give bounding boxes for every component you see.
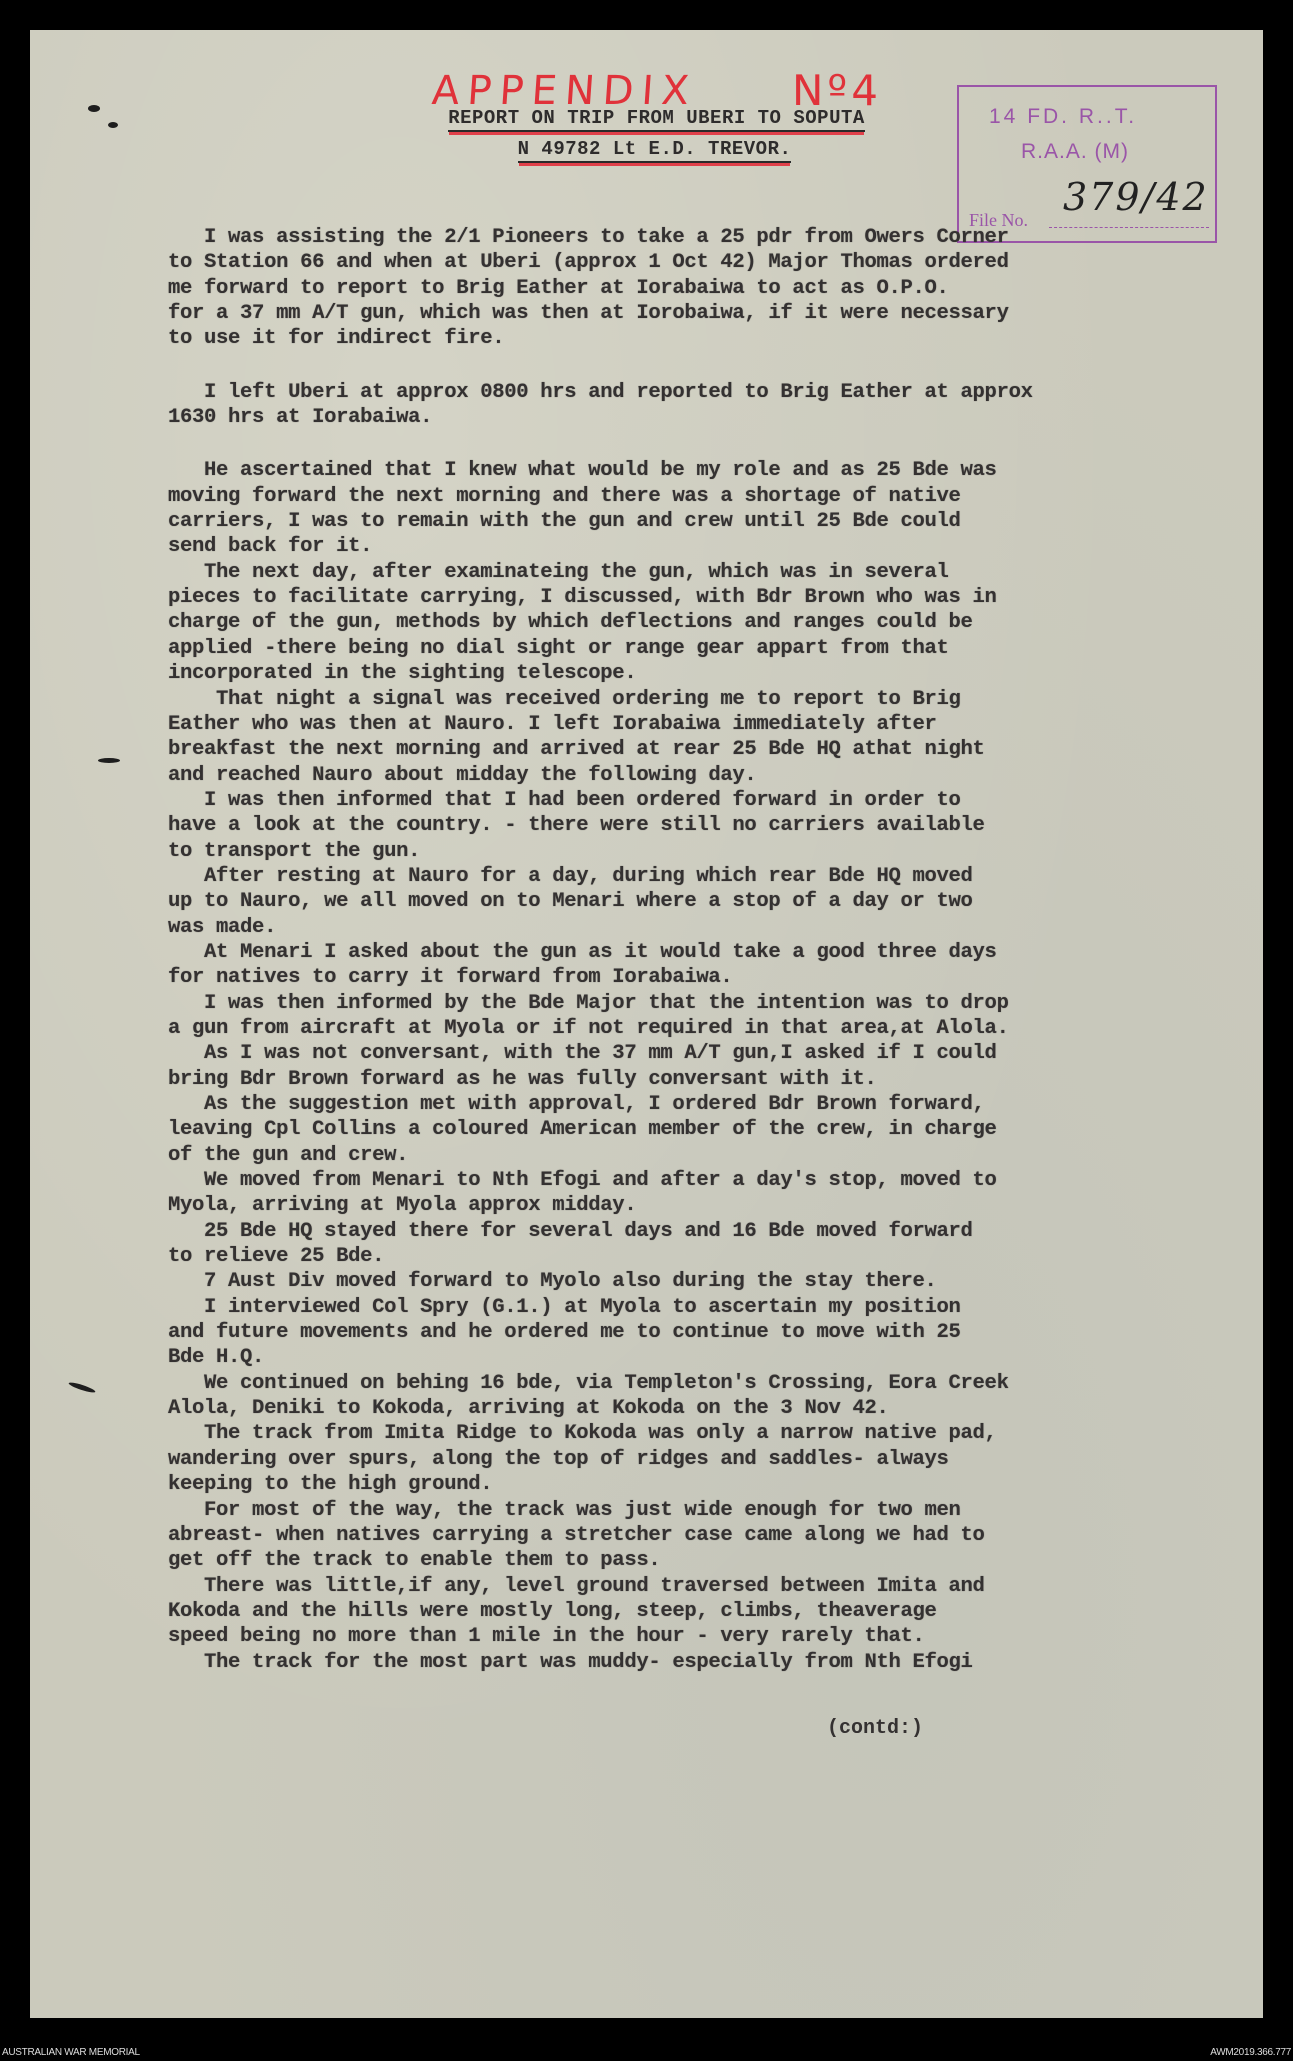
text-line: The track from Imita Ridge to Kokoda was… bbox=[168, 1421, 1268, 1446]
text-line: Myola, arriving at Myola approx midday. bbox=[168, 1193, 1268, 1218]
text-line: I was assisting the 2/1 Pioneers to take… bbox=[168, 225, 1268, 250]
text-line: pieces to facilitate carrying, I discuss… bbox=[168, 585, 1268, 610]
text-line: I interviewed Col Spry (G.1.) at Myola t… bbox=[168, 1295, 1268, 1320]
text-line: At Menari I asked about the gun as it wo… bbox=[168, 940, 1268, 965]
text-line: The next day, after examinateing the gun… bbox=[168, 560, 1268, 585]
text-line: breakfast the next morning and arrived a… bbox=[168, 737, 1268, 762]
paragraph-gap bbox=[168, 352, 1268, 380]
text-line: was made. bbox=[168, 915, 1268, 940]
text-line: to Station 66 and when at Uberi (approx … bbox=[168, 250, 1268, 275]
text-line: and reached Nauro about midday the follo… bbox=[168, 763, 1268, 788]
text-line: get off the track to enable them to pass… bbox=[168, 1548, 1268, 1573]
continued-marker: (contd:) bbox=[827, 1717, 923, 1740]
footer-accession-number: AWM2019.366.777 bbox=[1210, 2047, 1291, 2058]
text-line: We continued on behing 16 bde, via Templ… bbox=[168, 1371, 1268, 1396]
punch-mark bbox=[68, 1381, 96, 1394]
text-line: have a look at the country. - there were… bbox=[168, 813, 1268, 838]
text-line: As the suggestion met with approval, I o… bbox=[168, 1092, 1268, 1117]
report-title: REPORT ON TRIP FROM UBERI TO SOPUTA bbox=[40, 107, 1273, 129]
text-line: moving forward the next morning and ther… bbox=[168, 484, 1268, 509]
stamp-file-number: 379/42 bbox=[1063, 175, 1209, 219]
report-body: I was assisting the 2/1 Pioneers to take… bbox=[168, 225, 1268, 1675]
text-line: for a 37 mm A/T gun, which was then at I… bbox=[168, 301, 1268, 326]
text-line: Eather who was then at Nauro. I left Ior… bbox=[168, 712, 1268, 737]
text-line: 7 Aust Div moved forward to Myolo also d… bbox=[168, 1269, 1268, 1294]
text-line: 1630 hrs at Iorabaiwa. bbox=[168, 405, 1268, 430]
punch-mark bbox=[98, 758, 120, 763]
text-line: incorporated in the sighting telescope. bbox=[168, 661, 1268, 686]
text-line: I was then informed that I had been orde… bbox=[168, 788, 1268, 813]
text-line: me forward to report to Brig Eather at I… bbox=[168, 276, 1268, 301]
text-line: I was then informed by the Bde Major tha… bbox=[168, 991, 1268, 1016]
text-line: a gun from aircraft at Myola or if not r… bbox=[168, 1016, 1268, 1041]
text-line: of the gun and crew. bbox=[168, 1143, 1268, 1168]
text-line: That night a signal was received orderin… bbox=[168, 687, 1268, 712]
text-line: After resting at Nauro for a day, during… bbox=[168, 864, 1268, 889]
text-line: and future movements and he ordered me t… bbox=[168, 1320, 1268, 1345]
text-line: 25 Bde HQ stayed there for several days … bbox=[168, 1219, 1268, 1244]
text-line: Bde H.Q. bbox=[168, 1345, 1268, 1370]
text-line: to transport the gun. bbox=[168, 839, 1268, 864]
text-line: Kokoda and the hills were mostly long, s… bbox=[168, 1599, 1268, 1624]
text-line: As I was not conversant, with the 37 mm … bbox=[168, 1041, 1268, 1066]
text-line: We moved from Menari to Nth Efogi and af… bbox=[168, 1168, 1268, 1193]
text-line: send back for it. bbox=[168, 534, 1268, 559]
text-line: applied -there being no dial sight or ra… bbox=[168, 636, 1268, 661]
text-line: speed being no more than 1 mile in the h… bbox=[168, 1624, 1268, 1649]
text-line: charge of the gun, methods by which defl… bbox=[168, 610, 1268, 635]
text-line: The track for the most part was muddy- e… bbox=[168, 1650, 1268, 1675]
paragraph-gap bbox=[168, 430, 1268, 458]
text-line: keeping to the high ground. bbox=[168, 1472, 1268, 1497]
text-line: carriers, I was to remain with the gun a… bbox=[168, 509, 1268, 534]
text-line: to use it for indirect fire. bbox=[168, 326, 1268, 351]
report-author: N 49782 Lt E.D. TREVOR. bbox=[38, 138, 1271, 160]
text-line: For most of the way, the track was just … bbox=[168, 1498, 1268, 1523]
text-line: wandering over spurs, along the top of r… bbox=[168, 1447, 1268, 1472]
text-line: He ascertained that I knew what would be… bbox=[168, 458, 1268, 483]
footer-institution: AUSTRALIAN WAR MEMORIAL bbox=[2, 2047, 140, 2058]
text-line: bring Bdr Brown forward as he was fully … bbox=[168, 1067, 1268, 1092]
text-line: leaving Cpl Collins a coloured American … bbox=[168, 1117, 1268, 1142]
text-line: I left Uberi at approx 0800 hrs and repo… bbox=[168, 380, 1268, 405]
text-line: There was little,if any, level ground tr… bbox=[168, 1574, 1268, 1599]
text-line: abreast- when natives carrying a stretch… bbox=[168, 1523, 1268, 1548]
text-line: up to Nauro, we all moved on to Menari w… bbox=[168, 889, 1268, 914]
text-line: to relieve 25 Bde. bbox=[168, 1244, 1268, 1269]
document-page: APPENDIX Nº4 14 FD. R..T. R.A.A. (M) Fil… bbox=[30, 30, 1263, 2018]
text-line: Alola, Deniki to Kokoda, arriving at Kok… bbox=[168, 1396, 1268, 1421]
text-line: for natives to carry it forward from Ior… bbox=[168, 965, 1268, 990]
